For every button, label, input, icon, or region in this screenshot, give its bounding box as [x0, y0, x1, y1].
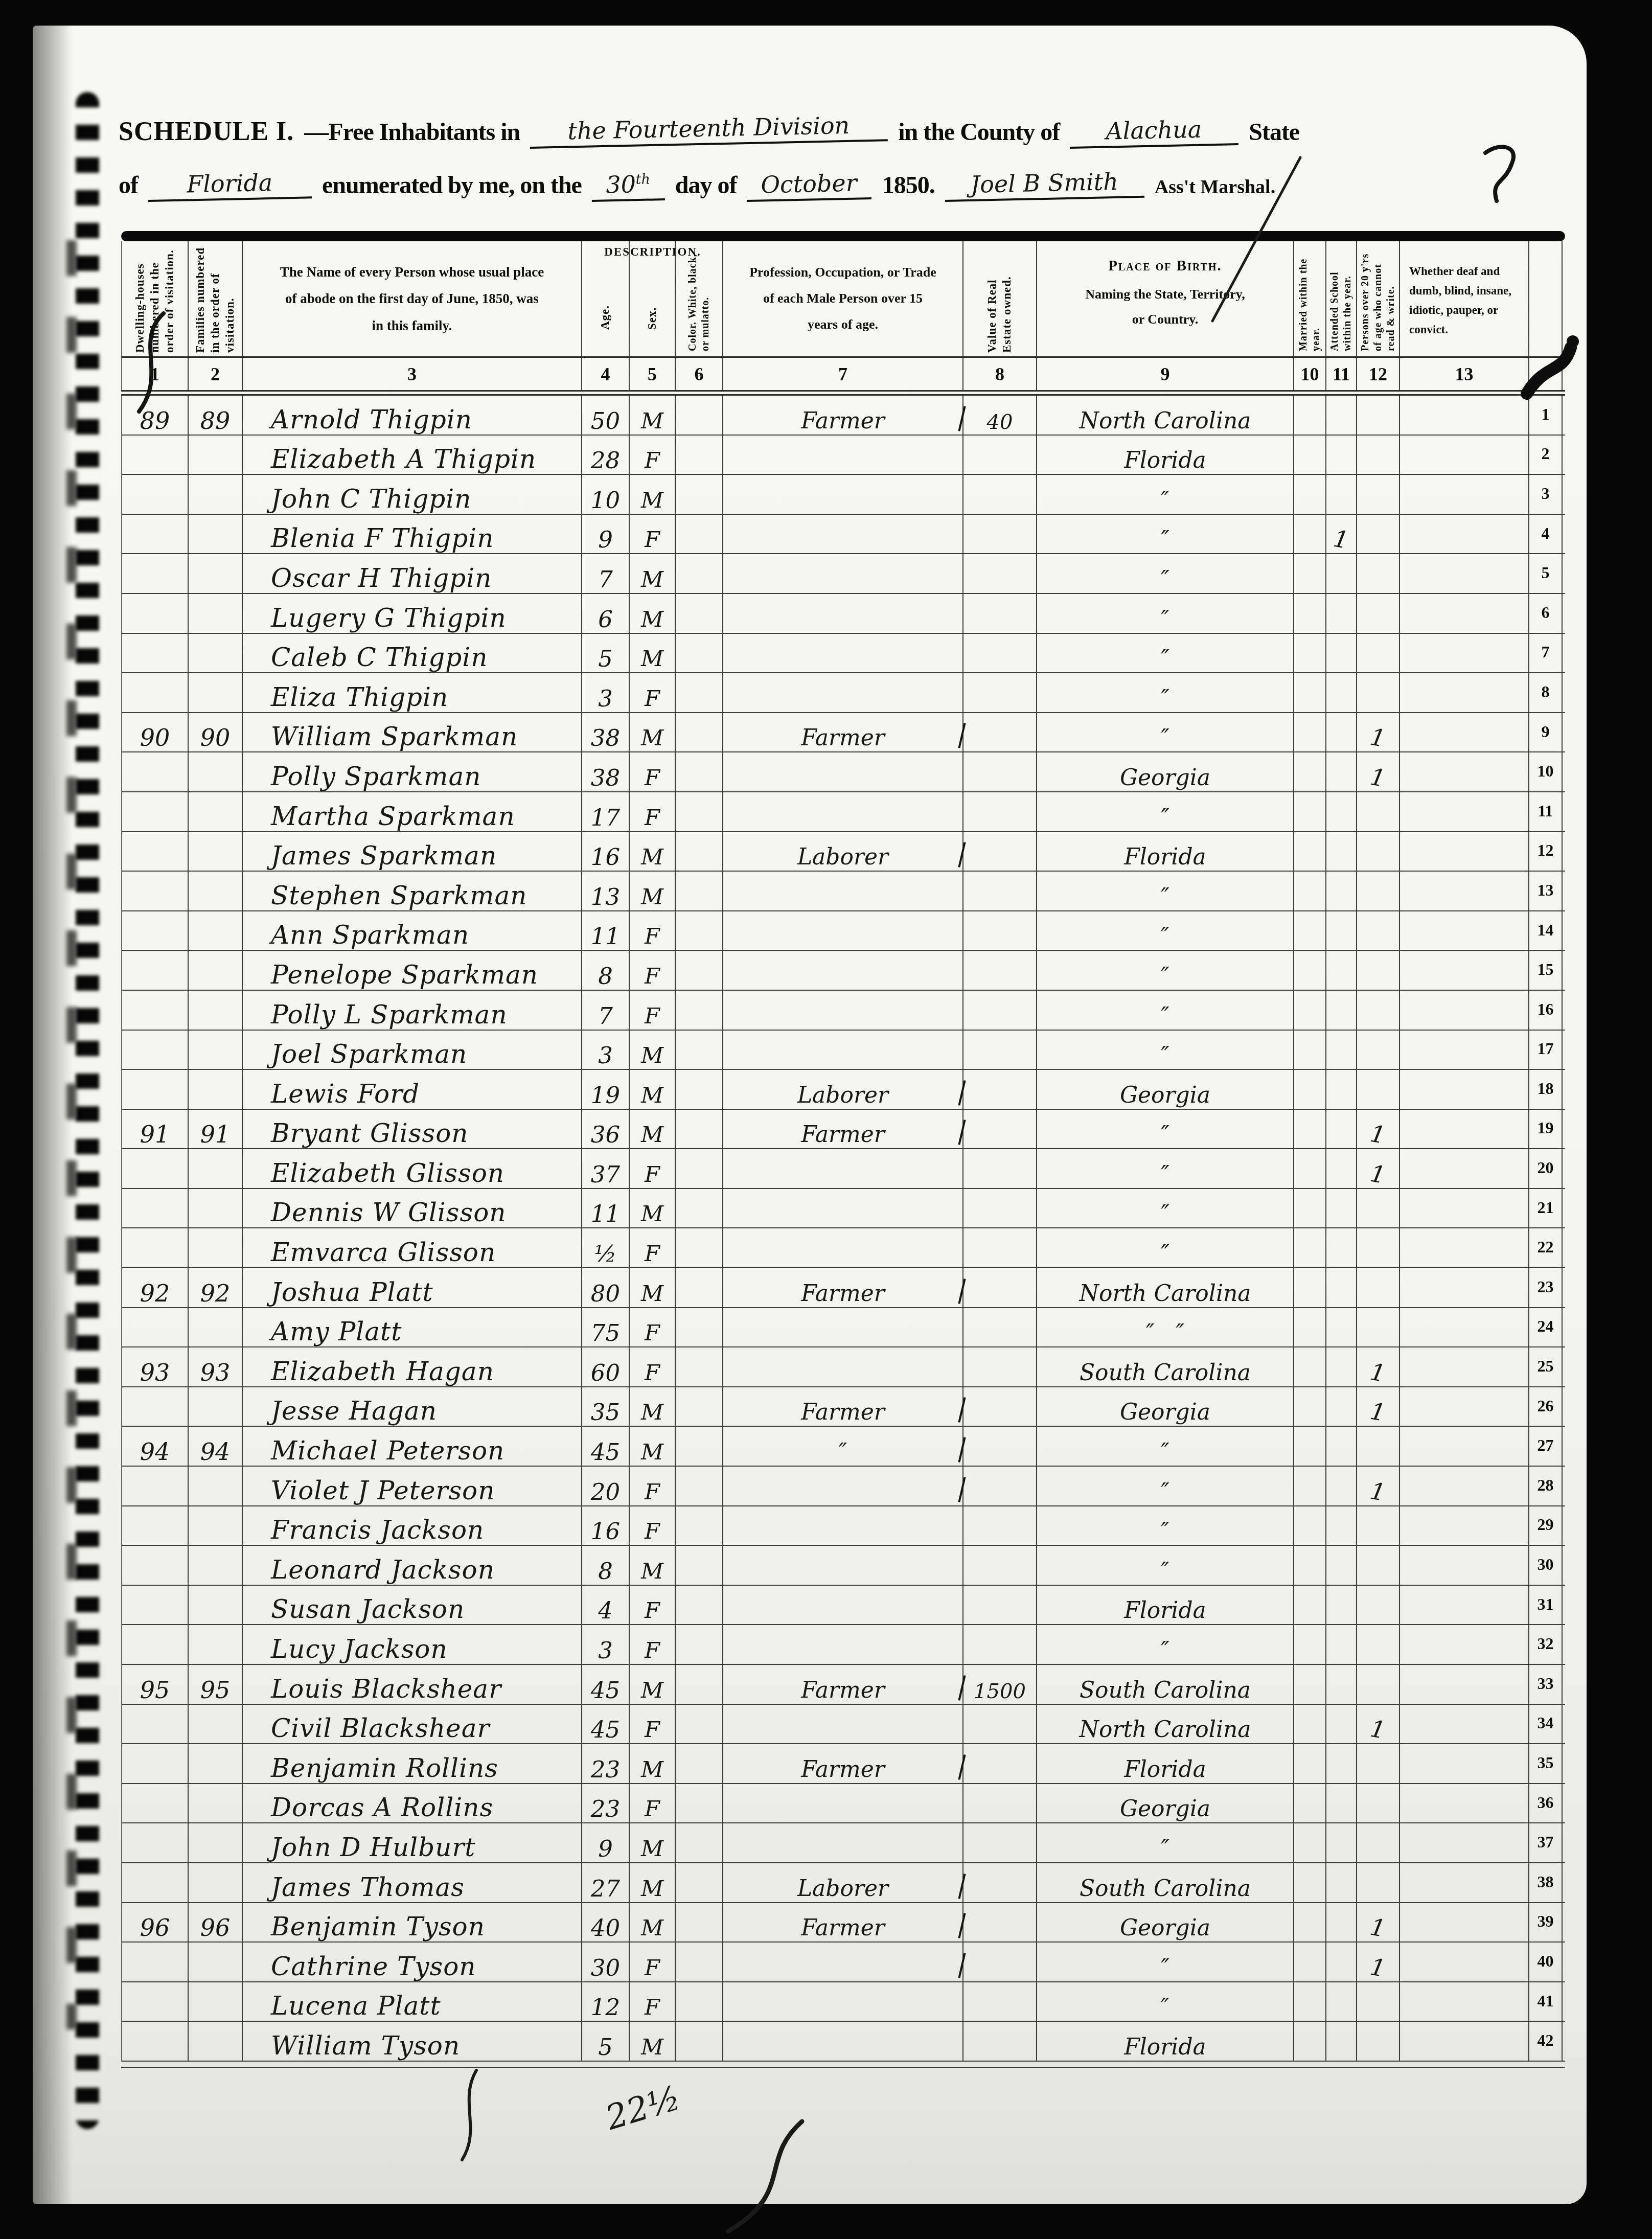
illiterate-mark — [1357, 1863, 1400, 1902]
family-number: 92 — [189, 1268, 243, 1307]
family-number — [189, 673, 243, 712]
dwelling-number — [122, 872, 189, 910]
condition-value — [1400, 1665, 1529, 1704]
occupation-value — [723, 752, 963, 791]
person-name: Susan Jackson — [243, 1586, 582, 1625]
family-number — [189, 1943, 243, 1981]
color-value — [676, 872, 723, 910]
color-value — [676, 1903, 723, 1942]
birthplace-value: ″ — [1037, 1427, 1294, 1466]
school-mark — [1326, 554, 1357, 593]
occupation-value — [723, 673, 963, 712]
illiterate-mark — [1357, 1031, 1400, 1069]
married-mark — [1294, 713, 1326, 752]
person-name: Louis Blackshear — [243, 1665, 582, 1704]
sex-value: F — [630, 1149, 676, 1188]
occupation-value — [723, 1586, 963, 1625]
age-value: 38 — [582, 713, 630, 752]
dwelling-number — [122, 1586, 189, 1625]
line-number: 9 — [1529, 713, 1563, 752]
dwelling-number — [122, 1744, 189, 1783]
county-fill-in: Alachua — [1069, 115, 1238, 149]
age-value: 35 — [582, 1387, 630, 1426]
family-number — [189, 1744, 243, 1783]
illiterate-mark: 1 — [1357, 1387, 1400, 1426]
col-illiterate-header: Persons over 20 y'rs of age who cannot r… — [1359, 246, 1397, 351]
family-number — [189, 911, 243, 950]
sex-value: M — [630, 1863, 676, 1902]
family-number — [189, 1823, 243, 1862]
family-number — [189, 872, 243, 910]
line-number: 25 — [1529, 1347, 1563, 1386]
illiterate-mark: 1 — [1357, 713, 1400, 752]
birthplace-value: ″ — [1037, 673, 1294, 712]
real-estate-value — [963, 1149, 1037, 1188]
table-row: Dorcas A Rollins23FGeorgia36 — [122, 1784, 1565, 1824]
dwelling-number: 96 — [122, 1903, 189, 1942]
school-mark — [1326, 1823, 1357, 1862]
table-header-row: Dwelling-houses numbered in the order of… — [121, 241, 1565, 356]
school-mark — [1326, 1467, 1357, 1505]
dwelling-number — [122, 1228, 189, 1267]
column-number: 3 — [243, 358, 582, 390]
sex-value: F — [630, 991, 676, 1030]
occupation-value: Laborer — [723, 1863, 963, 1902]
person-name: Lucena Platt — [243, 1982, 582, 2021]
color-value — [676, 1387, 723, 1426]
col-color-header: Color. White, black, or mulatto. — [686, 246, 712, 351]
birthplace-value: ″ — [1037, 991, 1294, 1030]
color-value — [676, 1784, 723, 1823]
condition-value — [1400, 1943, 1529, 1981]
illiterate-mark — [1357, 2022, 1400, 2061]
married-mark — [1294, 594, 1326, 633]
person-name: Joshua Platt — [243, 1268, 582, 1307]
real-estate-value — [963, 911, 1037, 950]
ink-flourish — [456, 2068, 492, 2165]
illiterate-mark — [1357, 1308, 1400, 1347]
ink-flourish — [1479, 141, 1530, 212]
family-number — [189, 1625, 243, 1664]
person-name: Penelope Sparkman — [243, 951, 582, 990]
person-name: Martha Sparkman — [243, 792, 582, 831]
real-estate-value — [963, 1943, 1037, 1981]
of-label: of — [119, 171, 138, 199]
illiterate-mark — [1357, 832, 1400, 871]
age-value: 27 — [582, 1863, 630, 1902]
illiterate-mark — [1357, 1784, 1400, 1823]
sex-value: M — [630, 1744, 676, 1783]
line-number: 20 — [1529, 1149, 1563, 1188]
real-estate-value — [963, 1347, 1037, 1386]
real-estate-value — [963, 1506, 1037, 1545]
real-estate-value — [963, 1982, 1037, 2021]
schedule-title: SCHEDULE I. — [119, 117, 294, 147]
color-value — [676, 1228, 723, 1267]
occupation-value — [723, 1982, 963, 2021]
col-sex-header: Sex. — [645, 268, 660, 330]
family-number: 95 — [189, 1665, 243, 1704]
married-mark — [1294, 436, 1326, 474]
scanned-census-page: SCHEDULE I. —Free Inhabitants in the Fou… — [0, 0, 1652, 2225]
line-number: 30 — [1529, 1546, 1563, 1585]
table-row: Emvarca Glisson½F″22 — [122, 1228, 1565, 1268]
dwelling-number — [122, 594, 189, 633]
person-name: Benjamin Tyson — [243, 1903, 582, 1942]
condition-value — [1400, 1863, 1529, 1902]
married-mark — [1294, 1031, 1326, 1069]
occupation-value — [723, 1308, 963, 1347]
real-estate-value — [963, 436, 1037, 474]
real-estate-value: 1500 — [963, 1665, 1037, 1704]
line-number: 21 — [1529, 1189, 1563, 1228]
condition-value — [1400, 515, 1529, 554]
age-value: 16 — [582, 1506, 630, 1545]
dwelling-number — [122, 1546, 189, 1585]
table-row: John D Hulburt9M″37 — [122, 1823, 1565, 1863]
color-value — [676, 594, 723, 633]
sex-value: F — [630, 1347, 676, 1386]
table-row: Martha Sparkman17F″11 — [122, 792, 1565, 832]
illiterate-mark — [1357, 1506, 1400, 1545]
real-estate-value — [963, 951, 1037, 990]
table-row: Blenia F Thigpin9F″14 — [122, 515, 1565, 555]
person-name: Violet J Peterson — [243, 1467, 582, 1505]
line-number: 15 — [1529, 951, 1563, 990]
sex-value: F — [630, 1506, 676, 1545]
family-number — [189, 991, 243, 1030]
sex-value: M — [630, 1387, 676, 1426]
line-number: 33 — [1529, 1665, 1563, 1704]
family-number — [189, 792, 243, 831]
family-number: 89 — [189, 396, 243, 435]
table-row: Penelope Sparkman8F″15 — [122, 951, 1565, 991]
table-row: Dennis W Glisson11M″21 — [122, 1189, 1565, 1229]
birthplace-value: Florida — [1037, 1586, 1294, 1625]
line-number: 22 — [1529, 1228, 1563, 1267]
person-name: Emvarca Glisson — [243, 1228, 582, 1267]
birthplace-value: Georgia — [1037, 1784, 1294, 1823]
person-name: Blenia F Thigpin — [243, 515, 582, 554]
age-value: 7 — [582, 991, 630, 1030]
illiterate-mark — [1357, 515, 1400, 554]
color-value — [676, 1070, 723, 1109]
family-number — [189, 554, 243, 593]
real-estate-value — [963, 515, 1037, 554]
table-row: 9494Michael Peterson45M″″27 — [122, 1427, 1565, 1467]
column-number: 7 — [723, 358, 963, 390]
occupation-value — [723, 1546, 963, 1585]
dwelling-number — [122, 792, 189, 831]
age-value: ½ — [582, 1228, 630, 1267]
column-number: 8 — [963, 358, 1037, 390]
color-value — [676, 1427, 723, 1466]
family-number — [189, 1189, 243, 1228]
color-value — [676, 1586, 723, 1625]
dwelling-number: 92 — [122, 1268, 189, 1307]
table-row: Cathrine Tyson30F″140 — [122, 1943, 1565, 1982]
birthplace-value: ″ — [1037, 792, 1294, 831]
person-name: Polly L Sparkman — [243, 991, 582, 1030]
occupation-value: Farmer — [723, 396, 963, 435]
sex-value: M — [630, 1903, 676, 1942]
color-value — [676, 911, 723, 950]
school-mark — [1326, 1031, 1357, 1069]
birthplace-value: Florida — [1037, 832, 1294, 871]
table-row: John C Thigpin10M″3 — [122, 475, 1565, 515]
table-row: Lugery G Thigpin6M″6 — [122, 594, 1565, 634]
condition-value — [1400, 1149, 1529, 1188]
family-number — [189, 475, 243, 514]
column-number: 4 — [582, 358, 630, 390]
ink-flourish — [697, 2116, 815, 2225]
line-number: 5 — [1529, 554, 1563, 593]
age-value: 9 — [582, 515, 630, 554]
age-value: 40 — [582, 1903, 630, 1942]
illiterate-mark — [1357, 1823, 1400, 1862]
table-row: 9292Joshua Platt80MFarmerNorth Carolina2… — [122, 1268, 1565, 1308]
occupation-value — [723, 1506, 963, 1545]
school-mark — [1326, 1982, 1357, 2021]
family-number — [189, 752, 243, 791]
table-row: James Sparkman16MLaborerFlorida12 — [122, 832, 1565, 872]
condition-value — [1400, 1744, 1529, 1783]
day-label: day of — [675, 171, 737, 199]
birthplace-value: ″ — [1037, 1506, 1294, 1545]
sex-value: F — [630, 1705, 676, 1744]
census-table: Dwelling-houses numbered in the order of… — [121, 231, 1565, 2068]
occupation-value — [723, 634, 963, 673]
person-name: John D Hulburt — [243, 1823, 582, 1862]
dwelling-number — [122, 1863, 189, 1902]
dwelling-number — [122, 2022, 189, 2061]
age-value: 11 — [582, 1189, 630, 1228]
real-estate-value: 40 — [963, 396, 1037, 435]
color-value — [676, 1308, 723, 1347]
sex-value: M — [630, 1427, 676, 1466]
sex-value: F — [630, 752, 676, 791]
dwelling-number — [122, 991, 189, 1030]
dwelling-number: 91 — [122, 1110, 189, 1149]
condition-value — [1400, 1189, 1529, 1228]
real-estate-value — [963, 1031, 1037, 1069]
condition-value — [1400, 554, 1529, 593]
real-estate-value — [963, 554, 1037, 593]
real-estate-value — [963, 1308, 1037, 1347]
condition-value — [1400, 634, 1529, 673]
dwelling-number — [122, 1784, 189, 1823]
school-mark — [1326, 991, 1357, 1030]
book-binding-edge — [76, 92, 99, 2129]
color-value — [676, 832, 723, 871]
line-number: 38 — [1529, 1863, 1563, 1902]
married-mark — [1294, 475, 1326, 514]
married-mark — [1294, 1982, 1326, 2021]
illiterate-mark: 1 — [1357, 1943, 1400, 1981]
real-estate-value — [963, 475, 1037, 514]
dwelling-number — [122, 554, 189, 593]
line-number: 40 — [1529, 1943, 1563, 1981]
age-value: 45 — [582, 1427, 630, 1466]
family-number — [189, 1705, 243, 1744]
table-row: Violet J Peterson20F″128 — [122, 1467, 1565, 1506]
color-value — [676, 752, 723, 791]
sex-value: M — [630, 1268, 676, 1307]
school-mark — [1326, 1546, 1357, 1585]
age-value: 3 — [582, 1625, 630, 1664]
division-fill-in: the Fourteenth Division — [530, 110, 888, 149]
condition-value — [1400, 1268, 1529, 1307]
married-mark — [1294, 951, 1326, 990]
school-mark — [1326, 832, 1357, 871]
table-row: Civil Blackshear45FNorth Carolina134 — [122, 1705, 1565, 1745]
married-mark — [1294, 1268, 1326, 1307]
occupation-value — [723, 594, 963, 633]
real-estate-value — [963, 1823, 1037, 1862]
age-value: 5 — [582, 634, 630, 673]
sex-value: M — [630, 1189, 676, 1228]
column-number: 6 — [676, 358, 723, 390]
real-estate-value — [963, 1863, 1037, 1902]
dwelling-number — [122, 911, 189, 950]
dwelling-number — [122, 673, 189, 712]
married-mark — [1294, 1347, 1326, 1386]
age-value: 11 — [582, 911, 630, 950]
illiterate-mark: 1 — [1357, 1705, 1400, 1744]
married-mark — [1294, 792, 1326, 831]
line-number: 19 — [1529, 1110, 1563, 1149]
col-school-header: Attended School within the year. — [1328, 246, 1354, 351]
dwelling-number — [122, 634, 189, 673]
condition-value — [1400, 1070, 1529, 1109]
married-mark — [1294, 1665, 1326, 1704]
table-row: 9191Bryant Glisson36MFarmer″119 — [122, 1110, 1565, 1150]
school-mark — [1326, 2022, 1357, 2061]
real-estate-value — [963, 1228, 1037, 1267]
school-mark — [1326, 1863, 1357, 1902]
occupation-value — [723, 1625, 963, 1664]
married-mark — [1294, 1506, 1326, 1545]
table-row: 9595Louis Blackshear45MFarmer1500South C… — [122, 1665, 1565, 1705]
school-mark — [1326, 1149, 1357, 1188]
county-label: in the County of — [898, 118, 1060, 146]
age-value: 38 — [582, 752, 630, 791]
dwelling-number — [122, 1506, 189, 1545]
birthplace-value: South Carolina — [1037, 1347, 1294, 1386]
school-mark — [1326, 792, 1357, 831]
family-number — [189, 1467, 243, 1505]
person-name: Benjamin Rollins — [243, 1744, 582, 1783]
color-value — [676, 1031, 723, 1069]
color-value — [676, 1744, 723, 1783]
line-number: 12 — [1529, 832, 1563, 871]
color-value — [676, 1268, 723, 1307]
occupation-value — [723, 1705, 963, 1744]
sex-value: F — [630, 1308, 676, 1347]
occupation-value — [723, 436, 963, 474]
line-number: 37 — [1529, 1823, 1563, 1862]
married-mark — [1294, 2022, 1326, 2061]
table-row: 9090William Sparkman38MFarmer″19 — [122, 713, 1565, 753]
person-name: Lewis Ford — [243, 1070, 582, 1109]
family-number: 90 — [189, 713, 243, 752]
col-name-header: The Name of every Person whose usual pla… — [280, 259, 544, 339]
table-row: Jesse Hagan35MFarmerGeorgia126 — [122, 1387, 1565, 1427]
person-name: Polly Sparkman — [243, 752, 582, 791]
occupation-value — [723, 792, 963, 831]
sex-value: M — [630, 2022, 676, 2061]
illiterate-mark — [1357, 1625, 1400, 1664]
person-name: James Sparkman — [243, 832, 582, 871]
color-value — [676, 951, 723, 990]
color-value — [676, 991, 723, 1030]
occupation-value: Farmer — [723, 1110, 963, 1149]
real-estate-value — [963, 2022, 1037, 2061]
dwelling-number — [122, 1467, 189, 1505]
family-number: 91 — [189, 1110, 243, 1149]
family-number — [189, 1546, 243, 1585]
state-label: State — [1249, 118, 1299, 146]
school-mark — [1326, 1506, 1357, 1545]
color-value — [676, 1705, 723, 1744]
family-number — [189, 832, 243, 871]
married-mark — [1294, 1903, 1326, 1942]
birthplace-value: ″ — [1037, 1110, 1294, 1149]
birthplace-value: ″ — [1037, 515, 1294, 554]
occupation-value — [723, 475, 963, 514]
real-estate-value — [963, 1705, 1037, 1744]
col-family-header: Families numbered in the order of visita… — [193, 245, 237, 353]
line-number: 14 — [1529, 911, 1563, 950]
color-value — [676, 1823, 723, 1862]
school-mark — [1326, 673, 1357, 712]
color-value — [676, 1982, 723, 2021]
age-value: 7 — [582, 554, 630, 593]
sex-value: F — [630, 673, 676, 712]
birthplace-value: Georgia — [1037, 752, 1294, 791]
person-name: Caleb C Thigpin — [243, 634, 582, 673]
married-mark — [1294, 752, 1326, 791]
table-row: Lucy Jackson3F″32 — [122, 1625, 1565, 1665]
real-estate-value — [963, 872, 1037, 910]
real-estate-value — [963, 1387, 1037, 1426]
real-estate-value — [963, 1625, 1037, 1664]
family-number — [189, 2022, 243, 2061]
dwelling-number — [122, 832, 189, 871]
school-mark — [1326, 951, 1357, 990]
school-mark — [1326, 1903, 1357, 1942]
sex-value: F — [630, 1625, 676, 1664]
real-estate-value — [963, 673, 1037, 712]
family-number: 96 — [189, 1903, 243, 1942]
occupation-value — [723, 1467, 963, 1505]
age-value: 16 — [582, 832, 630, 871]
age-value: 20 — [582, 1467, 630, 1505]
condition-value — [1400, 951, 1529, 990]
school-mark — [1326, 1268, 1357, 1307]
birthplace-value: ″ ″ — [1037, 1308, 1294, 1347]
school-mark — [1326, 1784, 1357, 1823]
birthplace-value: Georgia — [1037, 1903, 1294, 1942]
school-mark — [1326, 436, 1357, 474]
sex-value: F — [630, 1586, 676, 1625]
color-value — [676, 1863, 723, 1902]
dwelling-number: 94 — [122, 1427, 189, 1466]
line-number: 16 — [1529, 991, 1563, 1030]
day-suffix: th — [635, 171, 650, 188]
paper-sheet: SCHEDULE I. —Free Inhabitants in the Fou… — [33, 26, 1587, 2204]
family-number: 94 — [189, 1427, 243, 1466]
